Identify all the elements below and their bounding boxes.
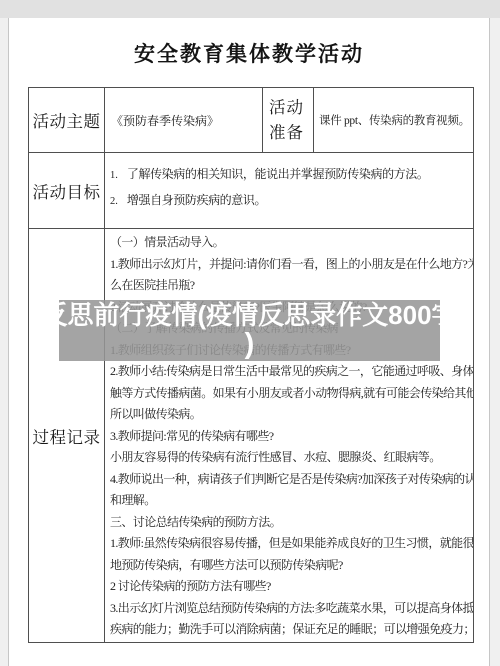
table-row-theme: 活动主题 《预防春季传染病》 活动准备 课件 ppt、传染病的教育视频。 [29, 88, 474, 153]
theme-value-cell: 《预防春季传染病》 [105, 88, 263, 153]
process-line: 3.出示幻灯片浏览总结预防传染病的方法:多吃蔬菜水果，可以提高身体抵抗 [110, 598, 471, 620]
process-line: （一）情景活动导入。 [110, 232, 471, 254]
goal-number: 1. [110, 170, 118, 181]
process-line: 2.教师小结:传染病是日常生活中最常见的疾病之一，它能通过呼吸、身体接 [110, 361, 471, 383]
process-line: 触等方式传播病菌。如果有小朋友或者小动物得病,就有可能会传染给其他人, [110, 383, 471, 405]
preparation-label-cell: 活动准备 [263, 88, 314, 153]
process-value-cell: （一）情景活动导入。 1.教师出示幻灯片，并提问:请你们看一看，图上的小朋友是在… [105, 229, 474, 643]
process-line: 1.教师出示幻灯片，并提问:请你们看一看，图上的小朋友是在什么地方?为什 [110, 254, 471, 276]
process-label-cell: 过程记录 [29, 229, 105, 643]
goal-number: 2. [110, 196, 118, 207]
process-line: 3.教师提问:常见的传染病有哪些? [110, 426, 471, 448]
watermark-banner: 反思前行疫情(疫情反思录作文800字 ) [59, 300, 440, 361]
goal-text: 了解传染病的相关知识，能说出并掌握预防传染病的方法。 [127, 165, 429, 182]
process-line: 4.教师说出一种，病请孩子们判断它是否是传染病?加深孩子对传染病的认识 [110, 469, 471, 491]
process-line: 小朋友容易得的传染病有流行性感冒、水痘、腮腺炎、红眼病等。 [110, 447, 471, 469]
process-line: 2 讨论传染病的预防方法有哪些? [110, 576, 471, 598]
goal-item: 2. 增强自身预防疾病的意识。 [110, 191, 469, 208]
process-line: 和理解。 [110, 490, 471, 512]
theme-label-cell: 活动主题 [29, 88, 105, 153]
process-line: 地预防传染病，有哪些方法可以预防传染病呢? [110, 555, 471, 577]
table-row-process: 过程记录 （一）情景活动导入。 1.教师出示幻灯片，并提问:请你们看一看，图上的… [29, 229, 474, 643]
goal-text: 增强自身预防疾病的意识。 [127, 191, 266, 208]
goals-value-cell: 1. 了解传染病的相关知识，能说出并掌握预防传染病的方法。 2. 增强自身预防疾… [105, 153, 474, 229]
table-row-goals: 活动目标 1. 了解传染病的相关知识，能说出并掌握预防传染病的方法。 2. 增强… [29, 153, 474, 229]
goal-item: 1. 了解传染病的相关知识，能说出并掌握预防传染病的方法。 [110, 165, 469, 182]
activity-table: 活动主题 《预防春季传染病》 活动准备 课件 ppt、传染病的教育视频。 活动目… [28, 87, 474, 643]
process-line: 三、讨论总结传染病的预防方法。 [110, 512, 471, 534]
watermark-text-line2: ) [245, 330, 255, 358]
document-title: 安全教育集体教学活动 [9, 18, 489, 87]
process-line: 1.教师:虽然传染病很容易传播，但是如果能养成良好的卫生习惯，就能很好 [110, 533, 471, 555]
process-line: 疾病的能力；勤洗手可以消除病菌；保证充足的睡眠；可以增强免疫力；接 [110, 619, 471, 641]
process-line: 么在医院挂吊瓶? [110, 275, 471, 297]
window-top-band [0, 0, 500, 18]
watermark-text-line1: 反思前行疫情(疫情反思录作文800字 [41, 300, 457, 330]
preparation-value-cell: 课件 ppt、传染病的教育视频。 [314, 88, 474, 153]
goals-label-cell: 活动目标 [29, 153, 105, 229]
process-line: 所以叫做传染病。 [110, 404, 471, 426]
